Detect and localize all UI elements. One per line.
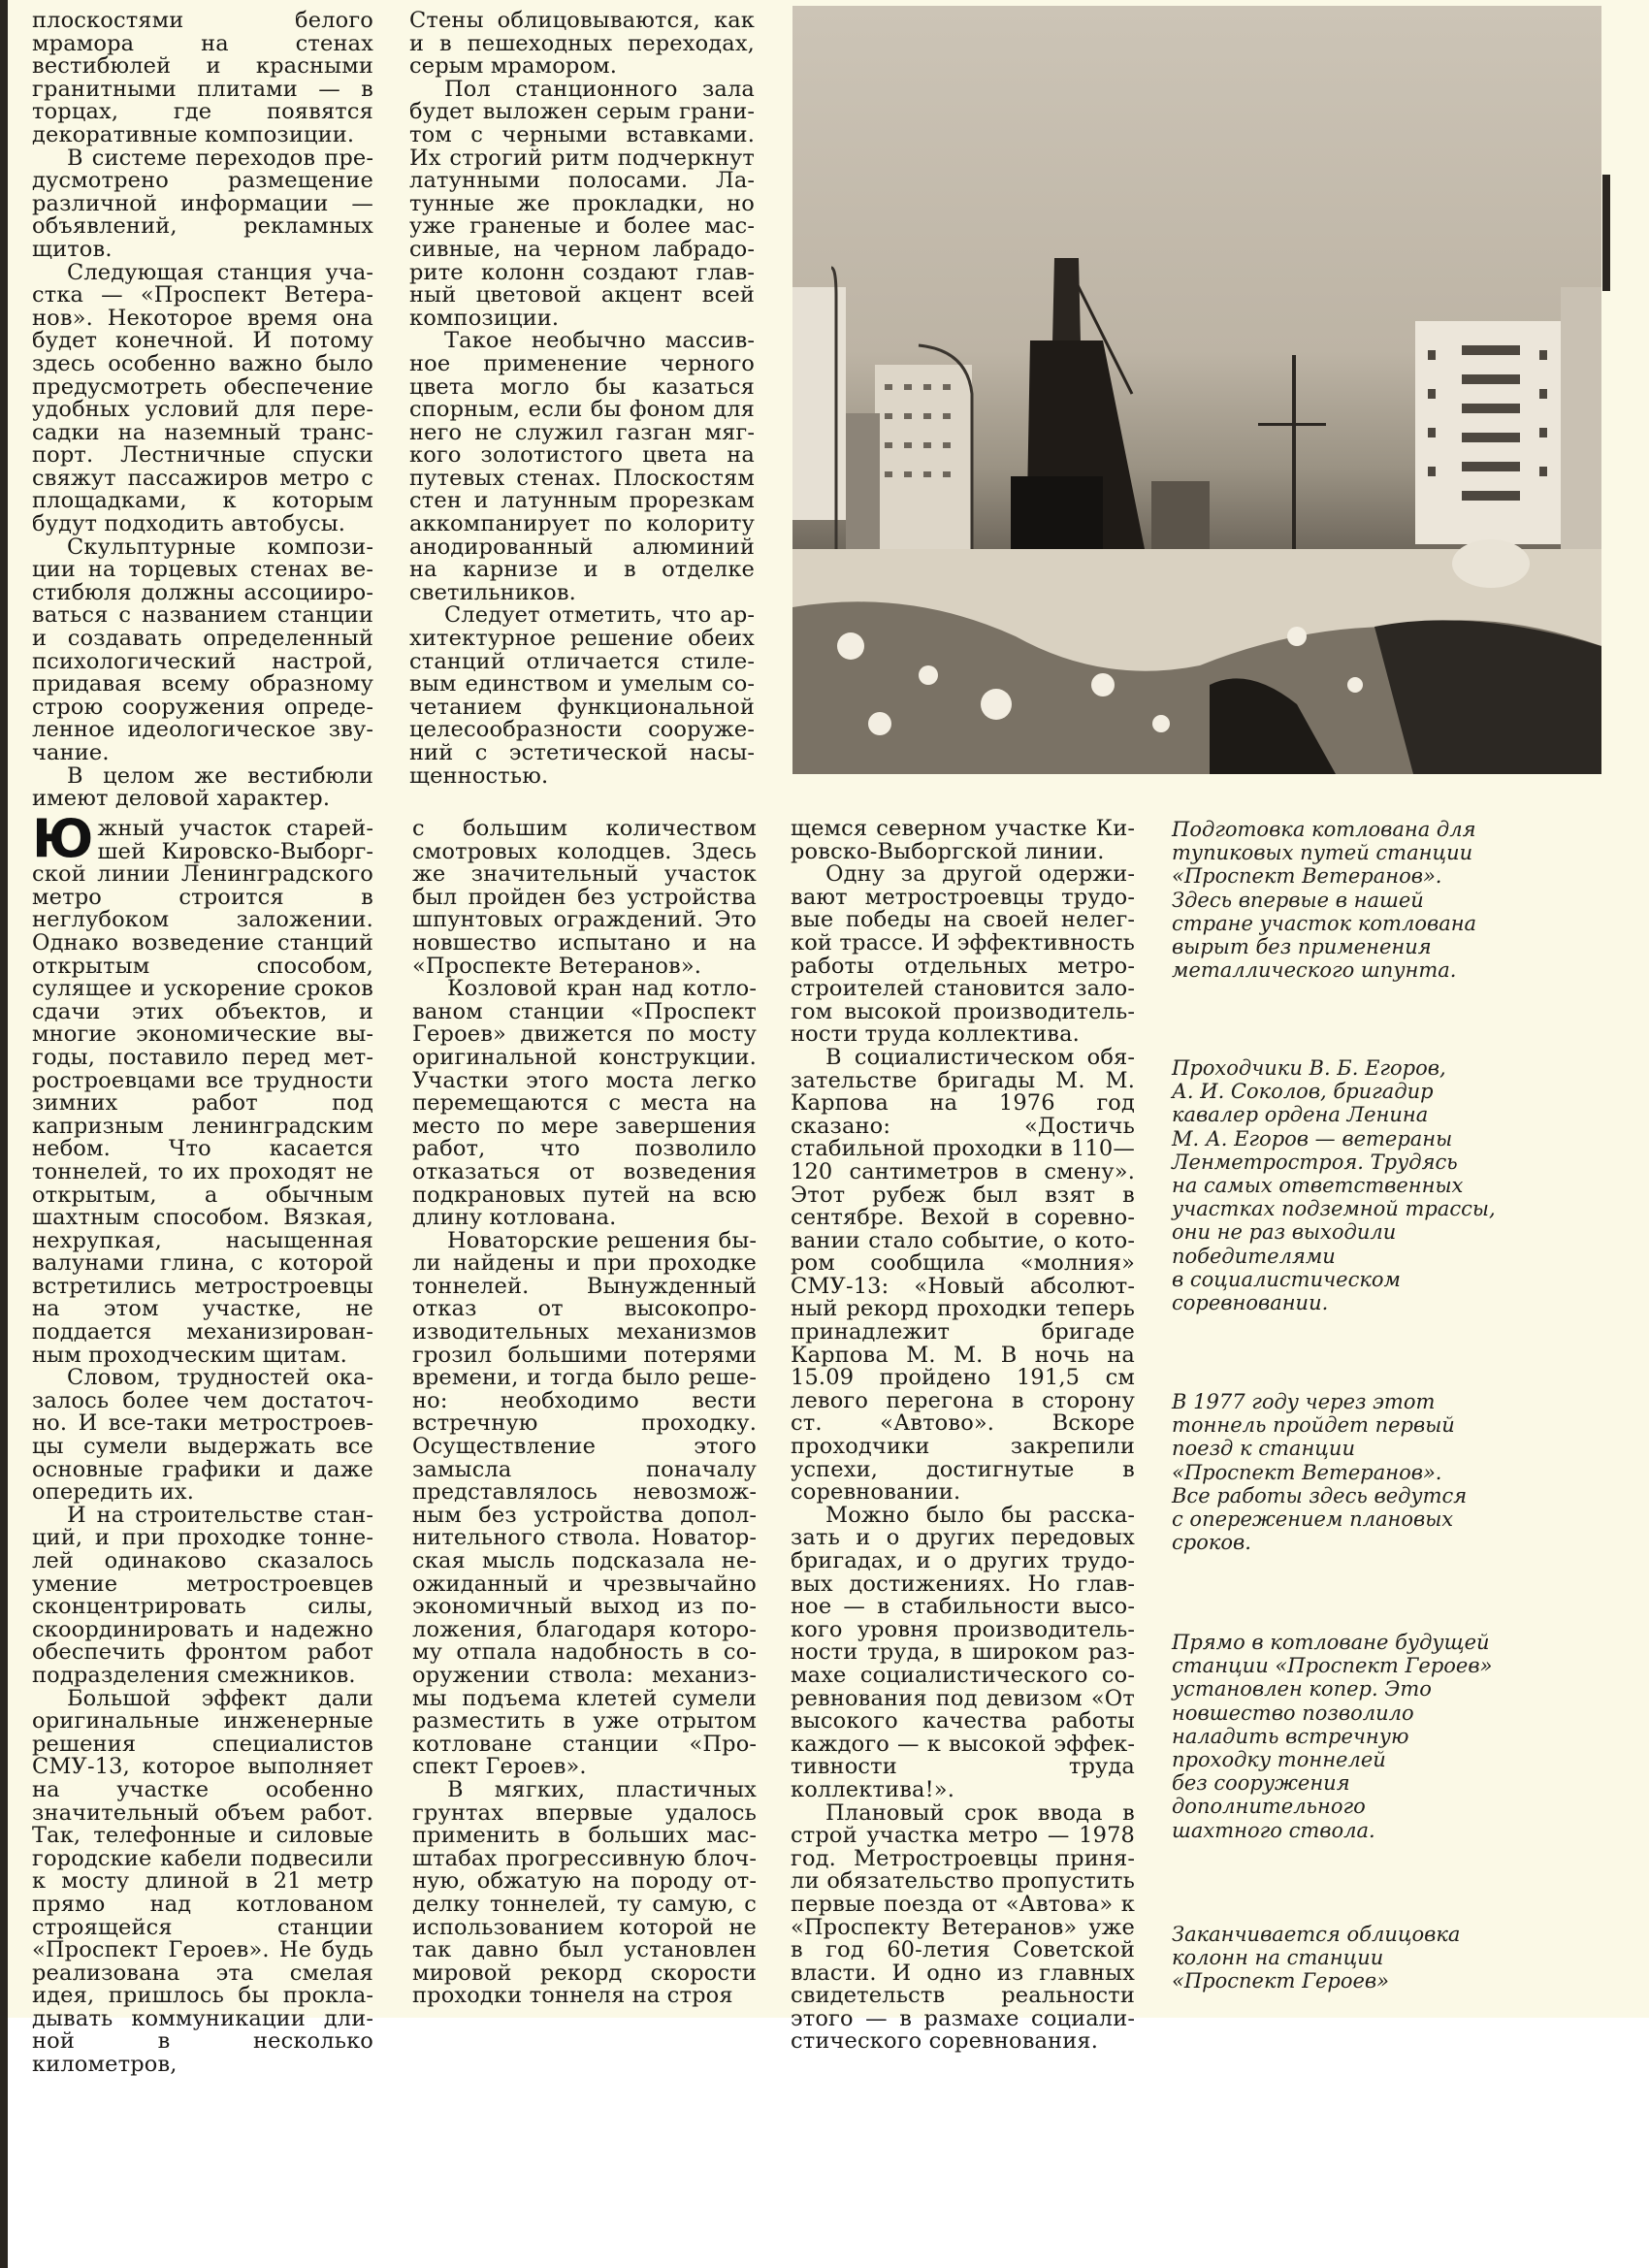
paragraph: Такое необычно массив­ное применение чер… <box>409 330 755 604</box>
photo-caption-2: Проходчики В. Б. Егоров, А. И. Соколов, … <box>1172 1056 1521 1314</box>
paragraph: Следующая станция уча­стка — «Проспект В… <box>32 262 373 536</box>
paragraph: Следует отметить, что ар­хитектурное реш… <box>409 604 755 788</box>
paragraph: плоскостями белого мрамора на стенах вес… <box>32 10 373 147</box>
caption-line: колонн на станции <box>1172 1946 1521 1969</box>
photo-caption-5: Заканчивается облицовка колонн на станци… <box>1172 1923 1521 1993</box>
caption-line: Проходчики В. Б. Егоров, <box>1172 1056 1521 1080</box>
caption-line: соревновании. <box>1172 1291 1521 1314</box>
drop-cap: Ю <box>32 818 94 860</box>
paragraph: Южный участок старей­шей Кировско-Выборг… <box>32 818 373 1367</box>
caption-line: поезд к станции <box>1172 1437 1521 1460</box>
paragraph: Словом, трудностей ока­залось более чем … <box>32 1367 373 1505</box>
caption-line: проходку тоннелей <box>1172 1748 1521 1771</box>
caption-line: «Проспект Ветеранов». <box>1172 1461 1521 1484</box>
paragraph: Скульптурные компози­ции на торцевых сте… <box>32 536 373 765</box>
paragraph: В целом же вестибюли имеют деловой харак… <box>32 765 373 811</box>
paragraph: В социалистическом обя­зательстве бригад… <box>791 1047 1135 1505</box>
photo-caption-1: Подготовка котлована для тупиковых путей… <box>1172 818 1521 982</box>
paragraph-text: жный участок старей­шей Кировско-Выборг­… <box>32 816 373 1368</box>
paragraph: Большой эффект дали оригинальные инженер… <box>32 1688 373 2077</box>
caption-line: они не раз выходили <box>1172 1220 1521 1244</box>
caption-line: дополнительного <box>1172 1795 1521 1818</box>
caption-line: А. И. Соколов, бригадир <box>1172 1080 1521 1103</box>
caption-line: Подготовка котлована для <box>1172 818 1521 841</box>
caption-line: Прямо в котловане будущей <box>1172 1631 1521 1654</box>
caption-line: новшество позволило <box>1172 1701 1521 1725</box>
paragraph: Козловой кран над котло­ваном станции «П… <box>412 978 757 1230</box>
caption-line: на самых ответственных <box>1172 1174 1521 1197</box>
construction-photo <box>792 6 1601 774</box>
excavator-photo-illustration <box>792 6 1601 774</box>
caption-line: тупиковых путей станции <box>1172 841 1521 864</box>
paragraph: В системе переходов пре­дусмотрено разме… <box>32 147 373 262</box>
caption-line: В 1977 году через этот <box>1172 1390 1521 1413</box>
paragraph: Стены облицовываются, как и в пешеходных… <box>409 10 755 79</box>
caption-line: сроков. <box>1172 1531 1521 1554</box>
paragraph: Пол станционного зала будет выложен серы… <box>409 79 755 331</box>
caption-line: без сооружения <box>1172 1771 1521 1795</box>
caption-line: «Проспект Героев» <box>1172 1969 1521 1993</box>
caption-line: кавалер ордена Ленина <box>1172 1103 1521 1126</box>
article-column-top-left: плоскостями белого мрамора на стенах вес… <box>32 10 373 811</box>
caption-line: в социалистическом <box>1172 1268 1521 1291</box>
article-column-bottom-3: щемся северном участке Ки­ровско-Выборгс… <box>791 818 1135 2054</box>
caption-line: Все работы здесь ведутся <box>1172 1484 1521 1507</box>
article-column-top-middle: Стены облицовываются, как и в пешеходных… <box>409 10 755 788</box>
paragraph: Новаторские решения бы­ли найдены и при … <box>412 1230 757 1779</box>
caption-line: шахтного ствола. <box>1172 1819 1521 1842</box>
caption-line: Заканчивается облицовка <box>1172 1923 1521 1946</box>
caption-line: Здесь впервые в нашей <box>1172 889 1521 912</box>
caption-line: с опережением плановых <box>1172 1507 1521 1531</box>
paragraph: И на строительстве стан­ций, и при прохо… <box>32 1505 373 1688</box>
paragraph: Можно было бы расска­зать и о других пер… <box>791 1505 1135 1802</box>
paragraph: В мягких, пластичных грунтах впервые уда… <box>412 1779 757 2008</box>
caption-line: металлического шпунта. <box>1172 958 1521 982</box>
caption-line: стране участок котлована <box>1172 912 1521 935</box>
caption-line: вырыт без применения <box>1172 935 1521 958</box>
paragraph: щемся северном участке Ки­ровско-Выборгс… <box>791 818 1135 863</box>
scan-edge <box>0 0 8 2268</box>
scan-edge-mark <box>1602 175 1610 291</box>
article-column-bottom-1: Южный участок старей­шей Кировско-Выборг… <box>32 818 373 2077</box>
caption-line: «Проспект Ветеранов». <box>1172 864 1521 888</box>
caption-line: М. А. Егоров — ветераны <box>1172 1127 1521 1150</box>
paragraph: Одну за другой одержи­вают метростроевцы… <box>791 863 1135 1047</box>
caption-line: наладить встречную <box>1172 1725 1521 1748</box>
paragraph: с большим количеством смотровых колодцев… <box>412 818 757 978</box>
caption-line: Ленметростроя. Трудясь <box>1172 1150 1521 1174</box>
caption-line: тоннель пройдет первый <box>1172 1413 1521 1437</box>
caption-line: победителями <box>1172 1245 1521 1268</box>
caption-line: станции «Проспект Героев» <box>1172 1654 1521 1677</box>
paragraph: Плановый срок ввода в строй участка метр… <box>791 1802 1135 2055</box>
photo-caption-3: В 1977 году через этот тоннель пройдет п… <box>1172 1390 1521 1554</box>
caption-line: участках подземной трассы, <box>1172 1197 1521 1220</box>
article-column-bottom-2: с большим количеством смотровых колодцев… <box>412 818 757 2008</box>
photo-caption-4: Прямо в котловане будущей станции «Просп… <box>1172 1631 1521 1842</box>
caption-line: установлен копер. Это <box>1172 1677 1521 1701</box>
